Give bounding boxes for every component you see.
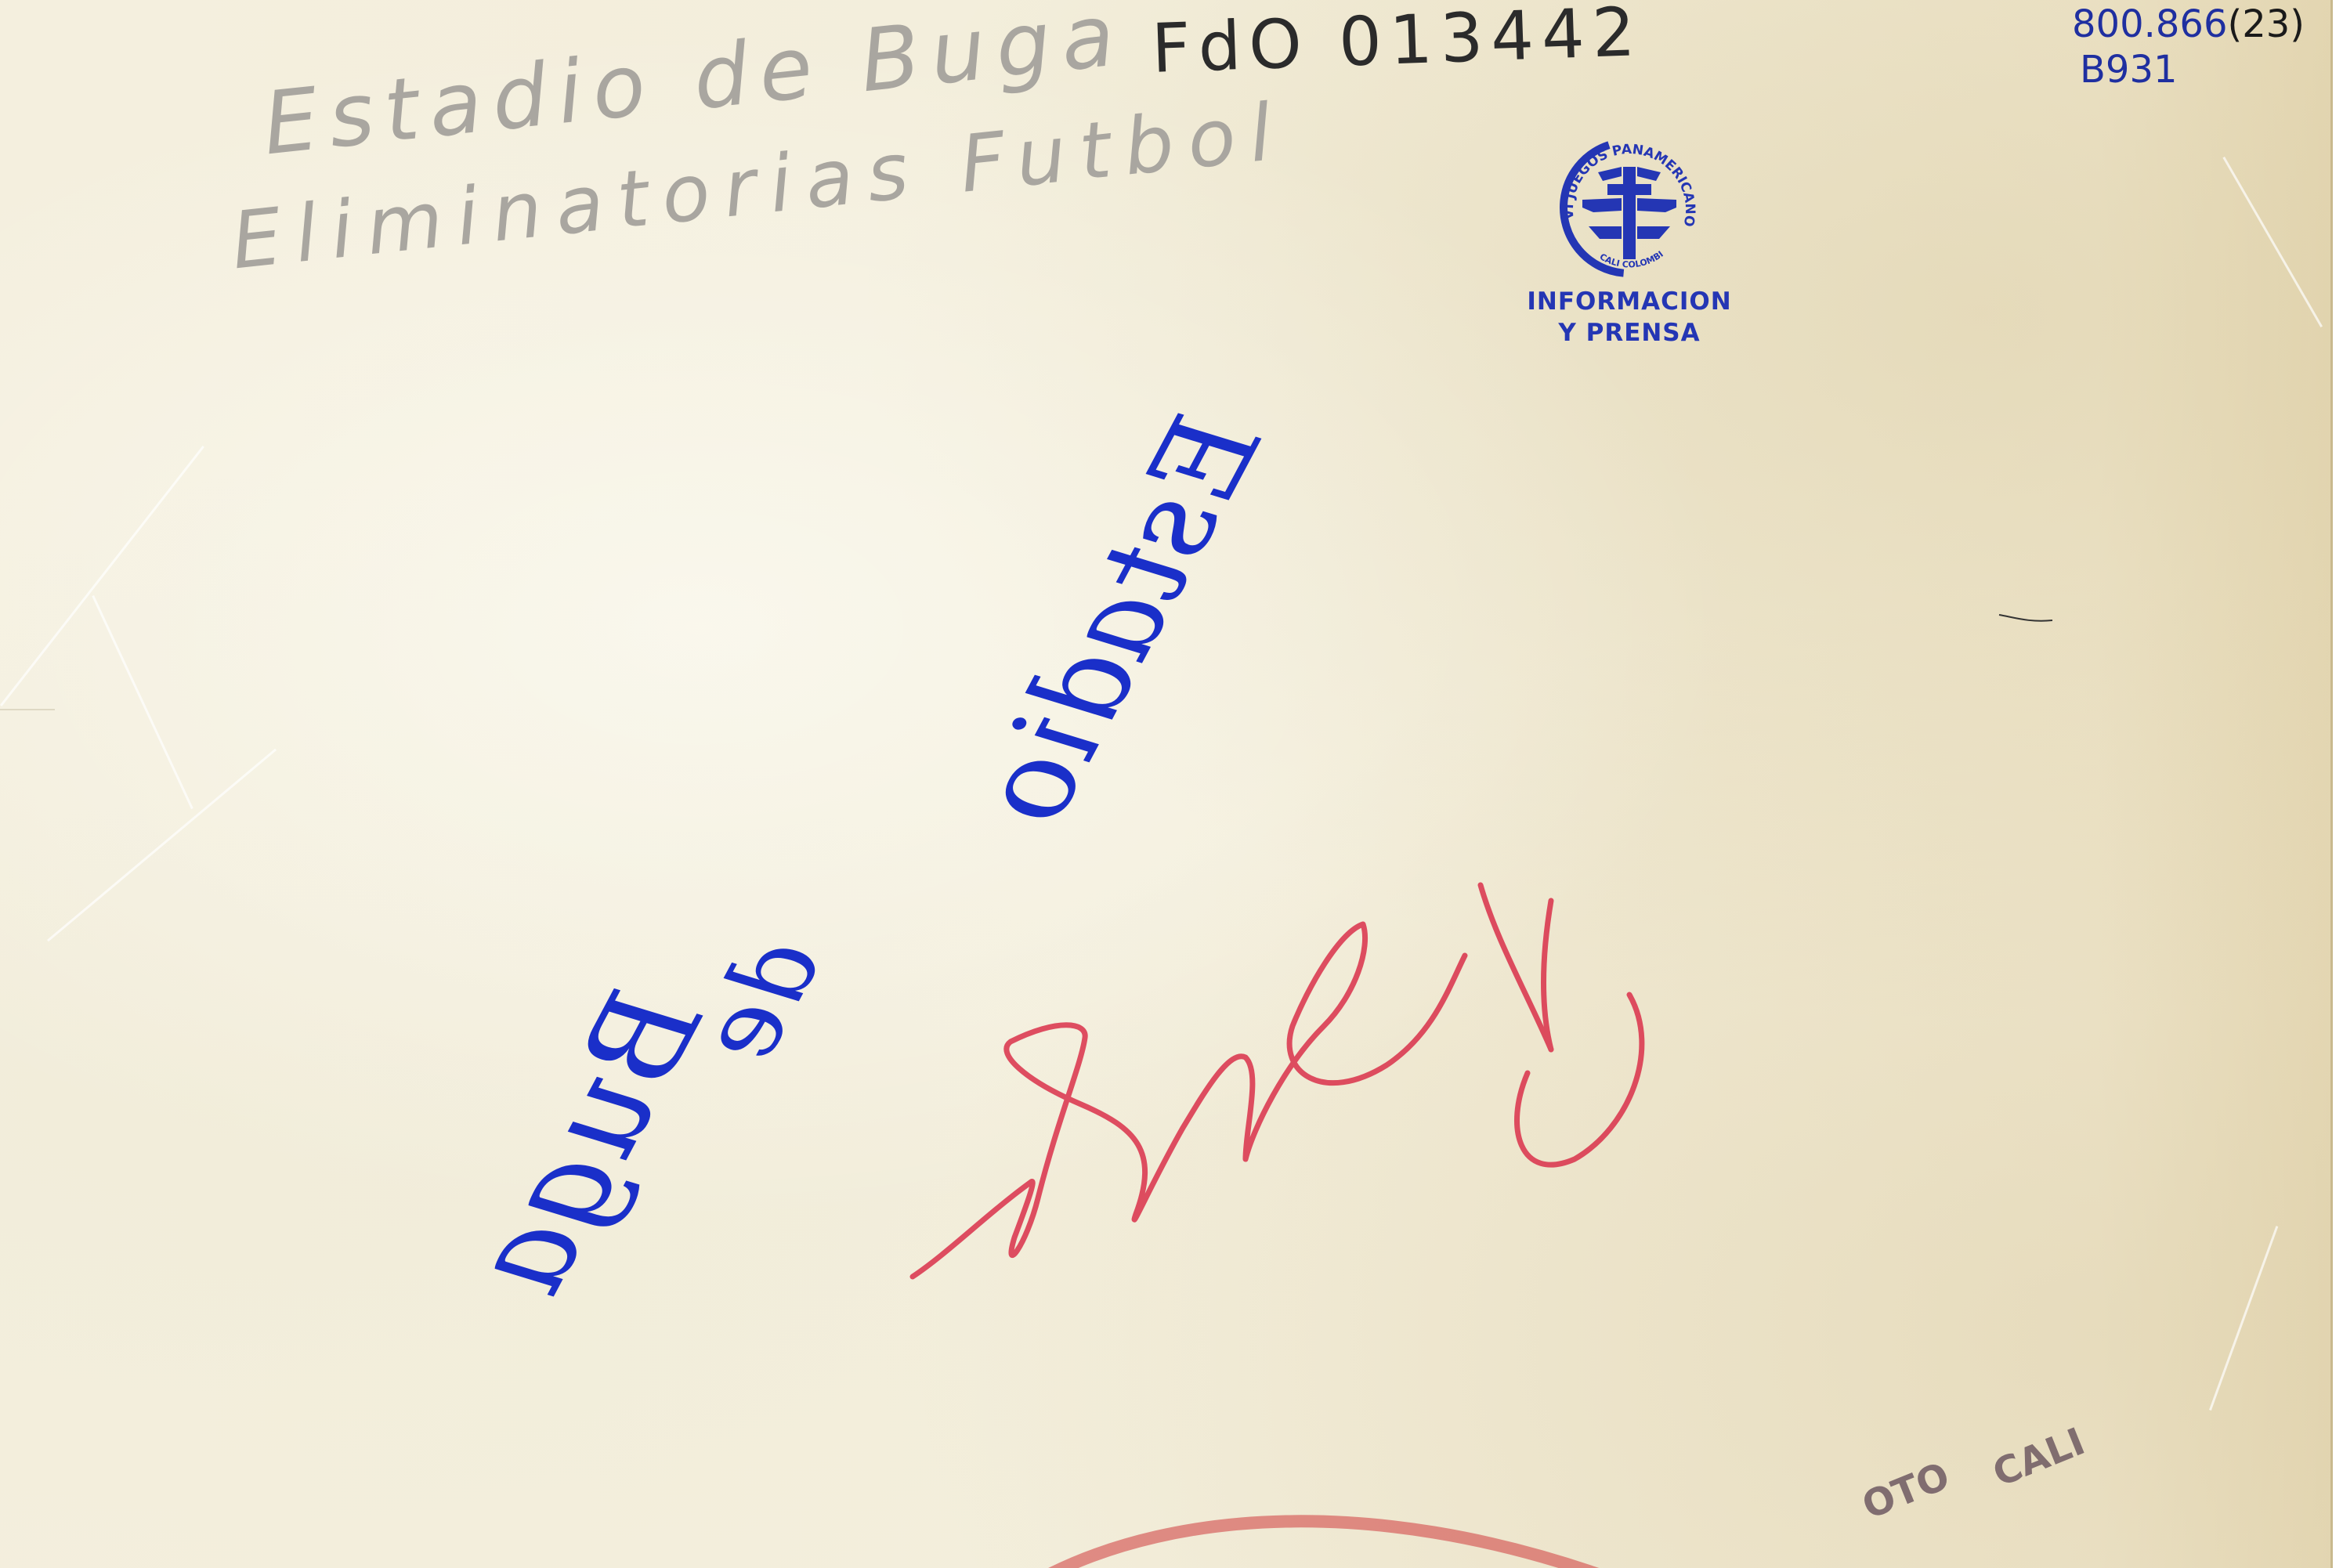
- paper-crease: [92, 595, 193, 809]
- photo-studio-stamp: OTO CALI: [1857, 1403, 2091, 1545]
- press-stamp: VI JUEGOS PANAMERICANOS 1971 CALI COLOMB…: [1516, 129, 1743, 349]
- classification-number: 800.866: [2072, 2, 2228, 46]
- photo-back-paper: Estadio de Buga Eliminatorias Futbol FdO…: [0, 0, 2333, 1568]
- paper-crease: [0, 709, 55, 710]
- classification-line1: 800.866(23): [2072, 2, 2305, 47]
- paper-crease: [0, 446, 204, 706]
- red-pencil-arc-icon: [1018, 1488, 1645, 1568]
- archive-code: FdO 013442: [1150, 0, 1643, 89]
- stamp-label-informacion: INFORMACION: [1516, 286, 1743, 317]
- paper-crease: [47, 749, 277, 942]
- classification-suffix: (23): [2228, 2, 2305, 46]
- blue-handwriting-word: Buga: [415, 963, 729, 1377]
- panamerican-games-emblem-icon: VI JUEGOS PANAMERICANOS 1971 CALI COLOMB…: [1551, 129, 1708, 286]
- paper-crease: [2209, 1226, 2278, 1411]
- classification-code: 800.866(23) B931: [2072, 2, 2305, 92]
- classification-line2: B931: [2080, 47, 2305, 92]
- stray-pen-mark-icon: [1998, 611, 2060, 627]
- blue-handwriting-word: Estadio: [908, 389, 1285, 938]
- stamp-label-prensa: Y PRENSA: [1516, 317, 1743, 349]
- paper-crease: [2222, 157, 2323, 327]
- red-pencil-scrawl-icon: [901, 869, 1653, 1308]
